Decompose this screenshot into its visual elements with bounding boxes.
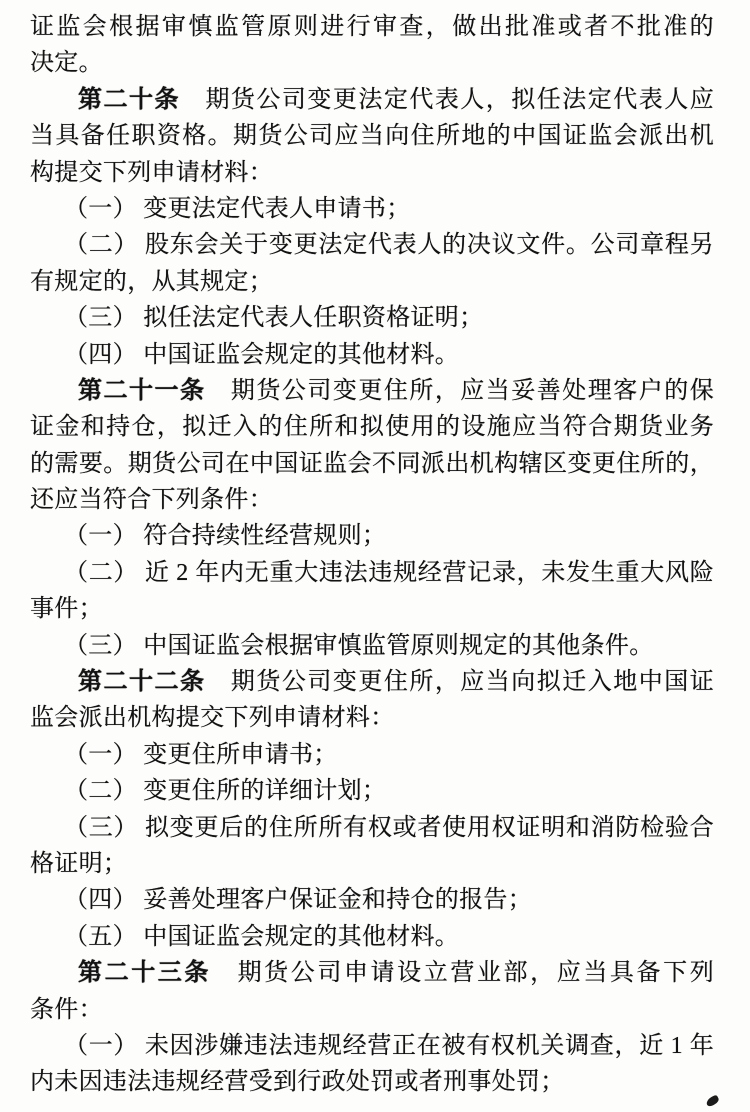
text-line: （四） 中国证监会规定的其他材料。 xyxy=(30,337,714,373)
text-segment: 期货公司变更住所，应当妥善处理客户的保 xyxy=(205,378,714,404)
text-segment: 内未因违法违规经营受到行政处罚或者刑事处罚； xyxy=(30,1069,565,1095)
text-segment: （一） 符合持续性经营规则； xyxy=(64,523,386,549)
text-line: 的需要。期货公司在中国证监会不同派出机构辖区变更住所的， xyxy=(30,446,714,482)
article-number: 第二十条 xyxy=(78,86,180,113)
text-segment: （二） 近 2 年内无重大违法违规经营记录，未发生重大风险 xyxy=(64,560,714,586)
text-line: 当具备任职资格。期货公司应当向住所地的中国证监会派出机 xyxy=(30,118,714,154)
text-segment: （三） 拟变更后的住所所有权或者使用权证明和消防检验合 xyxy=(64,815,714,841)
text-segment: 期货公司变更法定代表人，拟任法定代表人应 xyxy=(180,87,714,113)
text-segment: （二） 股东会关于变更法定代表人的决议文件。公司章程另 xyxy=(64,232,714,258)
text-line: 第二十条 期货公司变更法定代表人，拟任法定代表人应 xyxy=(30,82,714,118)
text-line: 构提交下列申请材料： xyxy=(30,155,714,191)
text-segment: 的需要。期货公司在中国证监会不同派出机构辖区变更住所的， xyxy=(30,451,714,477)
text-segment: 监会派出机构提交下列申请材料： xyxy=(30,705,395,731)
text-line: （五） 中国证监会规定的其他材料。 xyxy=(30,919,714,955)
text-line: 监会派出机构提交下列申请材料： xyxy=(30,700,714,736)
text-line: 第二十二条 期货公司变更住所，应当向拟迁入地中国证 xyxy=(30,664,714,700)
text-segment: 事件； xyxy=(30,596,103,622)
text-segment: （四） 妥善处理客户保证金和持仓的报告； xyxy=(64,887,532,913)
text-line: 第二十一条 期货公司变更住所，应当妥善处理客户的保 xyxy=(30,373,714,409)
text-line: （一） 变更法定代表人申请书； xyxy=(30,191,714,227)
text-line: （一） 变更住所申请书； xyxy=(30,737,714,773)
text-segment: 决定。 xyxy=(30,50,103,76)
text-line: （二） 近 2 年内无重大违法违规经营记录，未发生重大风险 xyxy=(30,555,714,591)
text-line: （三） 中国证监会根据审慎监管原则规定的其他条件。 xyxy=(30,628,714,664)
text-segment: 格证明； xyxy=(30,851,127,877)
text-segment: （一） 变更住所申请书； xyxy=(64,742,338,768)
article-number: 第二十三条 xyxy=(78,959,211,986)
text-line: 格证明； xyxy=(30,846,714,882)
text-line: 第二十三条 期货公司申请设立营业部，应当具备下列 xyxy=(30,955,714,991)
text-line: 有规定的，从其规定； xyxy=(30,264,714,300)
text-segment: 构提交下列申请材料： xyxy=(30,160,273,186)
text-segment: 期货公司申请设立营业部，应当具备下列 xyxy=(211,960,714,986)
text-line: 证金和持仓，拟迁入的住所和拟使用的设施应当符合期货业务 xyxy=(30,409,714,445)
text-line: 证监会根据审慎监管原则进行审查，做出批准或者不批准的 xyxy=(30,9,714,45)
text-segment: 期货公司变更住所，应当向拟迁入地中国证 xyxy=(205,669,714,695)
text-line: 内未因违法违规经营受到行政处罚或者刑事处罚； xyxy=(30,1064,714,1100)
text-line: （一） 符合持续性经营规则； xyxy=(30,518,714,554)
text-segment: 还应当符合下列条件： xyxy=(30,487,273,513)
text-segment: （一） 变更法定代表人申请书； xyxy=(64,196,411,222)
text-segment: 证监会根据审慎监管原则进行审查，做出批准或者不批准的 xyxy=(30,14,714,40)
text-line: （二） 股东会关于变更法定代表人的决议文件。公司章程另 xyxy=(30,227,714,263)
text-line: （四） 妥善处理客户保证金和持仓的报告； xyxy=(30,882,714,918)
text-line: （三） 拟任法定代表人任职资格证明； xyxy=(30,300,714,336)
text-segment: 有规定的，从其规定； xyxy=(30,269,273,295)
text-line: （二） 变更住所的详细计划； xyxy=(30,773,714,809)
text-segment: 当具备任职资格。期货公司应当向住所地的中国证监会派出机 xyxy=(30,123,714,149)
text-segment: （三） 拟任法定代表人任职资格证明； xyxy=(64,305,483,331)
text-line: 还应当符合下列条件： xyxy=(30,482,714,518)
text-segment: （五） 中国证监会规定的其他材料。 xyxy=(64,924,459,950)
text-line: （三） 拟变更后的住所所有权或者使用权证明和消防检验合 xyxy=(30,810,714,846)
article-number: 第二十一条 xyxy=(78,377,205,404)
text-segment: 证金和持仓，拟迁入的住所和拟使用的设施应当符合期货业务 xyxy=(30,414,714,440)
text-line: 事件； xyxy=(30,591,714,627)
article-number: 第二十二条 xyxy=(78,668,205,695)
document-page: 证监会根据审慎监管原则进行审查，做出批准或者不批准的决定。第二十条 期货公司变更… xyxy=(0,0,750,1112)
text-segment: （二） 变更住所的详细计划； xyxy=(64,778,386,804)
document-body: 证监会根据审慎监管原则进行审查，做出批准或者不批准的决定。第二十条 期货公司变更… xyxy=(30,9,714,1101)
text-line: （一） 未因涉嫌违法违规经营正在被有权机关调查，近 1 年 xyxy=(30,1028,714,1064)
text-segment: 条件： xyxy=(30,997,103,1023)
text-segment: （四） 中国证监会规定的其他材料。 xyxy=(64,342,459,368)
text-segment: （三） 中国证监会根据审慎监管原则规定的其他条件。 xyxy=(64,633,654,659)
text-segment: （一） 未因涉嫌违法违规经营正在被有权机关调查，近 1 年 xyxy=(64,1033,714,1059)
text-line: 决定。 xyxy=(30,45,714,81)
text-line: 条件： xyxy=(30,992,714,1028)
